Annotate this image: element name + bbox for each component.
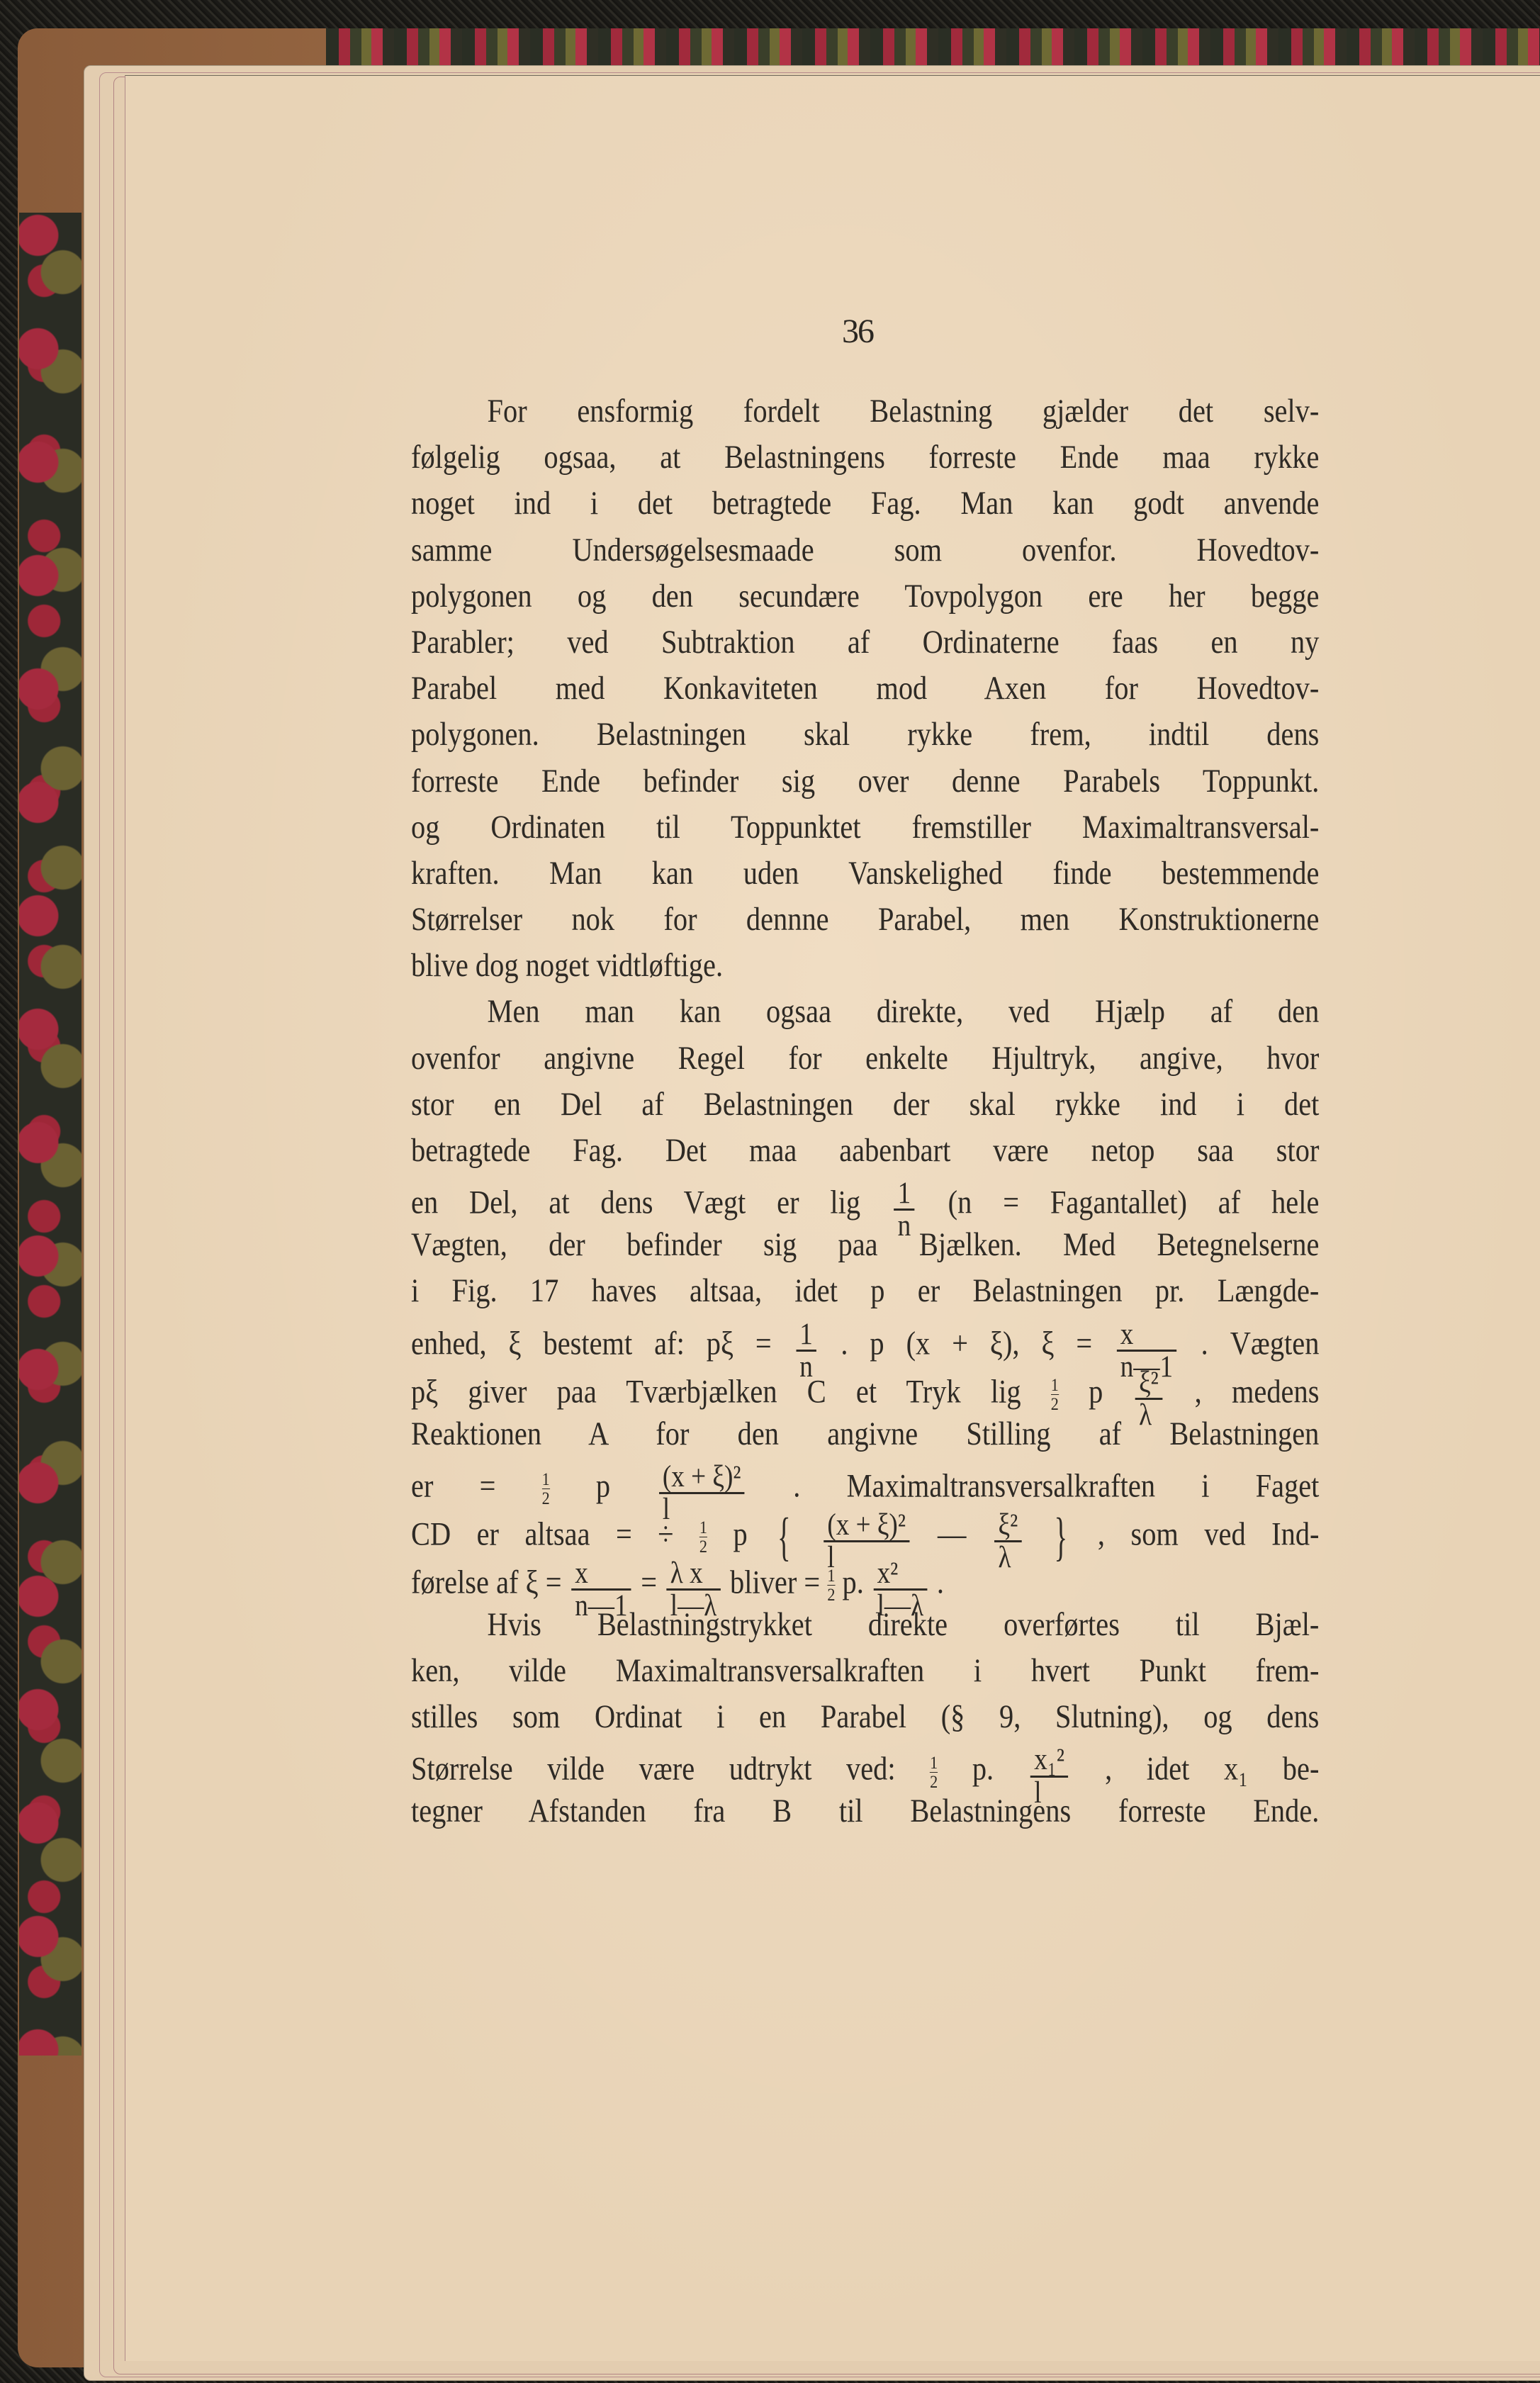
text-line: For ensformig fordelt Belastning gjælder…	[411, 388, 1319, 434]
formula-line: enhed, ξ bestemt af: pξ = 1 n . p (x + ξ…	[411, 1315, 1319, 1363]
text-line: kraften. Man kan uden Vanskelighed finde…	[411, 851, 1319, 897]
marbled-cover-edge-top	[326, 28, 1540, 65]
brace-close: }	[1055, 1514, 1068, 1560]
fraction: x² l—λ	[873, 1558, 927, 1621]
fraction: x₁² l	[1030, 1744, 1068, 1807]
formula-line: Størrelse vilde være udtrykt ved: 1 2 p.…	[411, 1740, 1319, 1788]
text-line: følgelig ogsaa, at Belastningens forrest…	[411, 434, 1319, 481]
one-half: 1 2	[930, 1754, 938, 1791]
fraction: (x + ξ)² l	[659, 1462, 745, 1525]
body-text: For ensformig fordelt Belastning gjælder…	[411, 388, 1319, 1835]
text-line: blive dog noget vidtløftige.	[411, 943, 1319, 989]
marbled-cover-edge-left	[19, 213, 82, 2056]
text-line: og Ordinaten til Toppunktet fremstiller …	[411, 804, 1319, 851]
text-line: polygonen. Belastningen skal rykke frem,…	[411, 712, 1319, 758]
text-line: stor en Del af Belastningen der skal ryk…	[411, 1082, 1319, 1128]
fraction: ξ² λ	[994, 1510, 1021, 1573]
formula-line: er = 1 2 p (x + ξ)² l . Maximaltransvers…	[411, 1457, 1319, 1506]
text-line: Hvis Belastningstrykket direkte overført…	[411, 1602, 1319, 1648]
text-line: Men man kan ogsaa direkte, ved Hjælp af …	[411, 989, 1319, 1035]
text-line: ovenfor angivne Regel for enkelte Hjultr…	[411, 1036, 1319, 1082]
text-line: tegner Afstanden fra B til Belastningens…	[411, 1788, 1319, 1834]
text-line: stilles som Ordinat i en Parabel (§ 9, S…	[411, 1694, 1319, 1740]
fraction: ξ² λ	[1135, 1367, 1162, 1430]
text-line: forreste Ende befinder sig over denne Pa…	[411, 758, 1319, 804]
text-line: Parabler; ved Subtraktion af Ordinaterne…	[411, 619, 1319, 666]
one-half: 1 2	[542, 1470, 550, 1508]
fraction: 1 n	[796, 1319, 816, 1382]
formula-line: pξ giver paa Tværbjælken C et Tryk lig 1…	[411, 1363, 1319, 1411]
formula-line: en Del, at dens Vægt er lig 1 n (n = Fag…	[411, 1174, 1319, 1222]
text-line: i Fig. 17 haves altsaa, idet p er Belast…	[411, 1268, 1319, 1314]
fraction: x n—1	[571, 1558, 631, 1621]
formula-line: CD er altsaa = ÷ 1 2 p { (x + ξ)² l — ξ²…	[411, 1506, 1319, 1554]
page-number: 36	[829, 312, 886, 351]
text-line: polygonen og den secundære Tovpolygon er…	[411, 573, 1319, 619]
fraction: λ x l—λ	[667, 1558, 721, 1621]
text-line: betragtede Fag. Det maa aabenbart være n…	[411, 1128, 1319, 1174]
fraction: 1 n	[894, 1178, 914, 1241]
brace-open: {	[777, 1514, 791, 1560]
one-half: 1 2	[1051, 1376, 1059, 1413]
text-line: samme Undersøgelsesmaade som ovenfor. Ho…	[411, 527, 1319, 573]
text-line: ken, vilde Maximaltransversalkraften i h…	[411, 1648, 1319, 1694]
text-line: Reaktionen A for den angivne Stilling af…	[411, 1411, 1319, 1457]
text-line: Størrelser nok for dennne Parabel, men K…	[411, 897, 1319, 943]
text-line: Parabel med Konkaviteten mod Axen for Ho…	[411, 666, 1319, 712]
text-line: Vægten, der befinder sig paa Bjælken. Me…	[411, 1222, 1319, 1268]
text-line: noget ind i det betragtede Fag. Man kan …	[411, 481, 1319, 527]
